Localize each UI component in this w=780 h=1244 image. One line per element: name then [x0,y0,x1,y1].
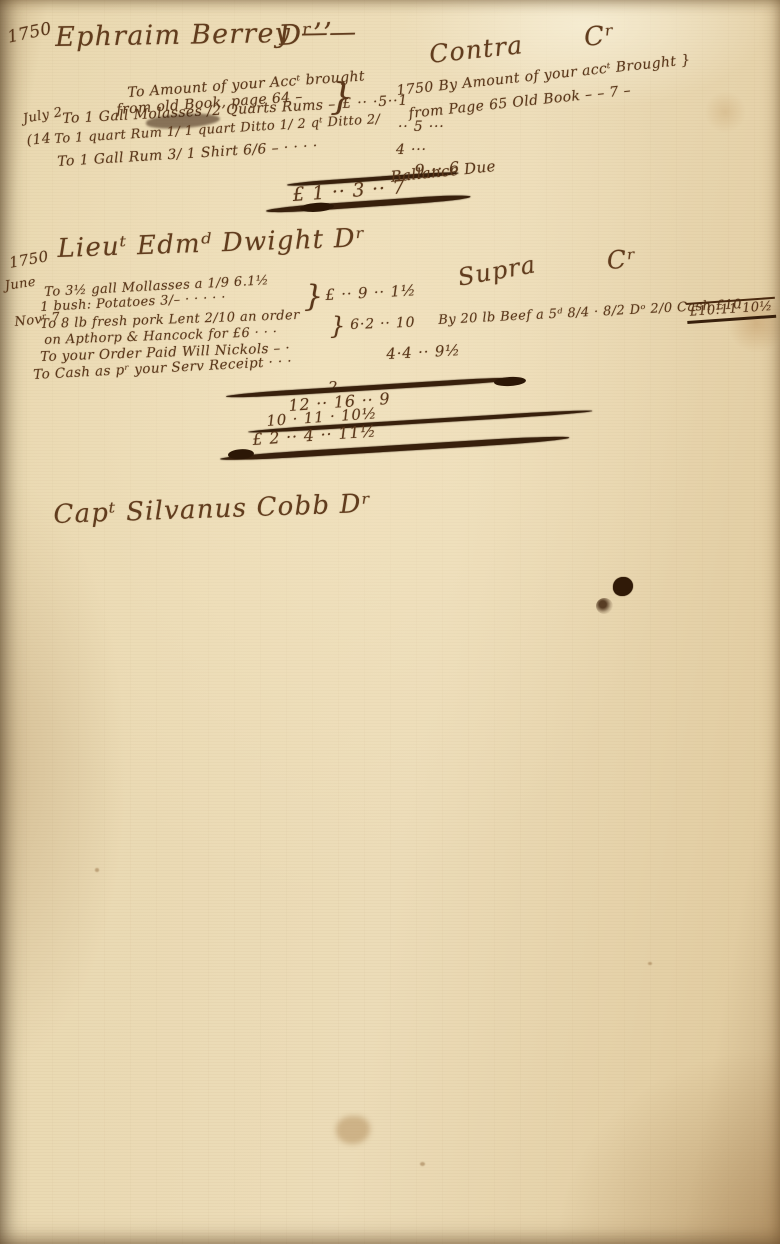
entry-amount: 4 ··· [396,143,427,157]
balance-due-label: Ballance Due [390,159,497,185]
entry-amount: 6·2 ·· 10 [350,316,416,332]
entry-bracket: } [304,282,324,312]
dwight-margin-june: June [4,276,37,293]
ink-blob [494,376,526,387]
dwight-account-title: Lieuᵗ Edmᵈ Dwight Dʳ [57,225,366,262]
berrey-dr-label: Dʳ’’ [278,19,334,50]
paper-stain [336,1116,370,1144]
supra-cr-label: Cʳ [606,246,638,273]
ledger-scan: 1750 Ephraim Berrey —— Dʳ’’ Contra Cʳ To… [0,0,780,1244]
entry-bracket: } [330,314,346,338]
berrey-margin-year: 1750 [6,21,53,47]
paper-speck [420,1162,425,1166]
entry-amount: 4·4 ·· 9½ [386,343,461,362]
paper-speck [95,868,99,872]
paper-speck [648,962,652,965]
cobb-account-title: Capᵗ Silvanus Cobb Dʳ [53,491,372,528]
contra-cr-label: Cʳ [583,22,616,51]
entry-amount: £ ·· 9 ·· 1½ [325,283,417,303]
entry-date: (14 [26,131,52,147]
ink-speckle-blot [596,598,613,614]
ink-blot [613,577,633,596]
entry-date: July 2 [22,106,64,126]
entry-amount: ·· 5 ··· [398,120,444,134]
paper-sheet: 1750 Ephraim Berrey —— Dʳ’’ Contra Cʳ To… [0,0,780,1244]
dwight-margin-year: 1750 [8,249,50,271]
contra-title: Contra [428,32,524,67]
supra-title: Supra [456,252,538,289]
